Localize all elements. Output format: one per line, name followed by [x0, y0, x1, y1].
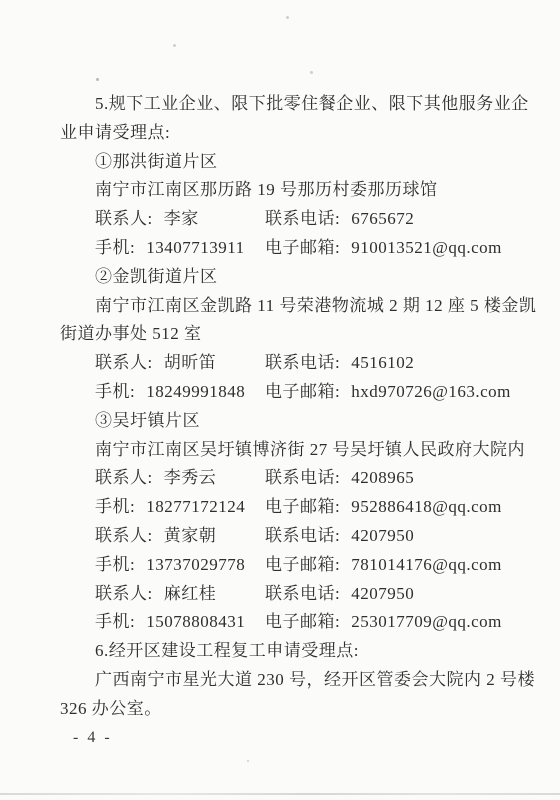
contact-person-label: 联系人: [95, 464, 153, 493]
area3-contact2-row1: 联系人: 黄家朝 联系电话: 4207950 [60, 522, 530, 551]
contact-phone-number: 6765672 [351, 205, 414, 234]
contact-person-name: 胡昕笛 [164, 349, 217, 378]
contact-mobile-label: 手机: [95, 493, 135, 522]
area1-contact1-row1: 联系人: 李家 联系电话: 6765672 [60, 205, 530, 234]
area3-name: ③吴圩镇片区 [60, 407, 530, 436]
section6-title: 6.经开区建设工程复工申请受理点: [60, 637, 530, 666]
contact-email-label: 电子邮箱: [265, 378, 340, 407]
contact-email-label: 电子邮箱: [265, 234, 340, 263]
contact-email-label: 电子邮箱: [265, 608, 340, 637]
scan-speck [310, 71, 313, 74]
contact-phone-number: 4516102 [351, 349, 414, 378]
area2-contact1-row2: 手机: 18249991848 电子邮箱: hxd970726@163.com [60, 378, 530, 407]
contact-person-name: 黄家朝 [164, 522, 217, 551]
area2-contact1-row1: 联系人: 胡昕笛 联系电话: 4516102 [60, 349, 530, 378]
contact-email-address: 253017709@qq.com [351, 608, 502, 637]
contact-person-name: 麻红桂 [164, 580, 217, 609]
contact-mobile-label: 手机: [95, 234, 135, 263]
contact-person-label: 联系人: [95, 580, 153, 609]
contact-person-name: 李秀云 [164, 464, 217, 493]
contact-person-label: 联系人: [95, 205, 153, 234]
area3-contact1-row1: 联系人: 李秀云 联系电话: 4208965 [60, 464, 530, 493]
contact-phone-label: 联系电话: [265, 522, 340, 551]
scan-edge-artifact [0, 793, 560, 795]
contact-person-label: 联系人: [95, 349, 153, 378]
contact-mobile-number: 15078808431 [146, 608, 245, 637]
contact-mobile-label: 手机: [95, 551, 135, 580]
contact-phone-number: 4208965 [351, 464, 414, 493]
document-body: 5.规下工业企业、限下批零住餐企业、限下其他服务业企 业申请受理点: ①那洪街道… [60, 90, 530, 724]
area3-contact3-row2: 手机: 15078808431 电子邮箱: 253017709@qq.com [60, 608, 530, 637]
contact-mobile-label: 手机: [95, 378, 135, 407]
area1-contact1-row2: 手机: 13407713911 电子邮箱: 910013521@qq.com [60, 234, 530, 263]
scan-speck [96, 78, 99, 81]
section6-body-line2: 326 办公室。 [60, 695, 530, 724]
contact-mobile-label: 手机: [95, 608, 135, 637]
area1-name: ①那洪街道片区 [60, 148, 530, 177]
contact-mobile-number: 13407713911 [146, 234, 244, 263]
area2-name: ②金凯街道片区 [60, 263, 530, 292]
area1-address: 南宁市江南区那历路 19 号那历村委那历球馆 [60, 176, 530, 205]
scanned-document-page: 5.规下工业企业、限下批零住餐企业、限下其他服务业企 业申请受理点: ①那洪街道… [0, 0, 560, 800]
page-number: - 4 - [73, 729, 112, 747]
area3-address: 南宁市江南区吴圩镇博济街 27 号吴圩镇人民政府大院内 [60, 436, 530, 465]
contact-email-label: 电子邮箱: [265, 493, 340, 522]
contact-person-name: 李家 [164, 205, 199, 234]
contact-email-address: 781014176@qq.com [351, 551, 502, 580]
contact-email-label: 电子邮箱: [265, 551, 340, 580]
scan-speck [173, 44, 176, 47]
contact-phone-label: 联系电话: [265, 349, 340, 378]
contact-mobile-number: 18249991848 [146, 378, 245, 407]
contact-person-label: 联系人: [95, 522, 153, 551]
contact-phone-label: 联系电话: [265, 464, 340, 493]
contact-mobile-number: 18277172124 [146, 493, 245, 522]
contact-mobile-number: 13737029778 [146, 551, 245, 580]
contact-phone-label: 联系电话: [265, 580, 340, 609]
contact-email-address: 952886418@qq.com [351, 493, 502, 522]
scan-speck [247, 760, 249, 762]
area3-contact2-row2: 手机: 13737029778 电子邮箱: 781014176@qq.com [60, 551, 530, 580]
scan-speck [286, 16, 289, 19]
contact-phone-number: 4207950 [351, 580, 414, 609]
area3-contact3-row1: 联系人: 麻红桂 联系电话: 4207950 [60, 580, 530, 609]
contact-email-address: 910013521@qq.com [351, 234, 502, 263]
section5-title-line2: 业申请受理点: [60, 119, 530, 148]
contact-email-address: hxd970726@163.com [351, 378, 511, 407]
contact-phone-number: 4207950 [351, 522, 414, 551]
section5-title-line1: 5.规下工业企业、限下批零住餐企业、限下其他服务业企 [60, 90, 530, 119]
area2-address-line2: 街道办事处 512 室 [60, 320, 530, 349]
contact-phone-label: 联系电话: [265, 205, 340, 234]
area3-contact1-row2: 手机: 18277172124 电子邮箱: 952886418@qq.com [60, 493, 530, 522]
area2-address-line1: 南宁市江南区金凯路 11 号荣港物流城 2 期 12 座 5 楼金凯 [60, 292, 530, 321]
section6-body-line1: 广西南宁市星光大道 230 号，经开区管委会大院内 2 号楼 [60, 666, 530, 695]
